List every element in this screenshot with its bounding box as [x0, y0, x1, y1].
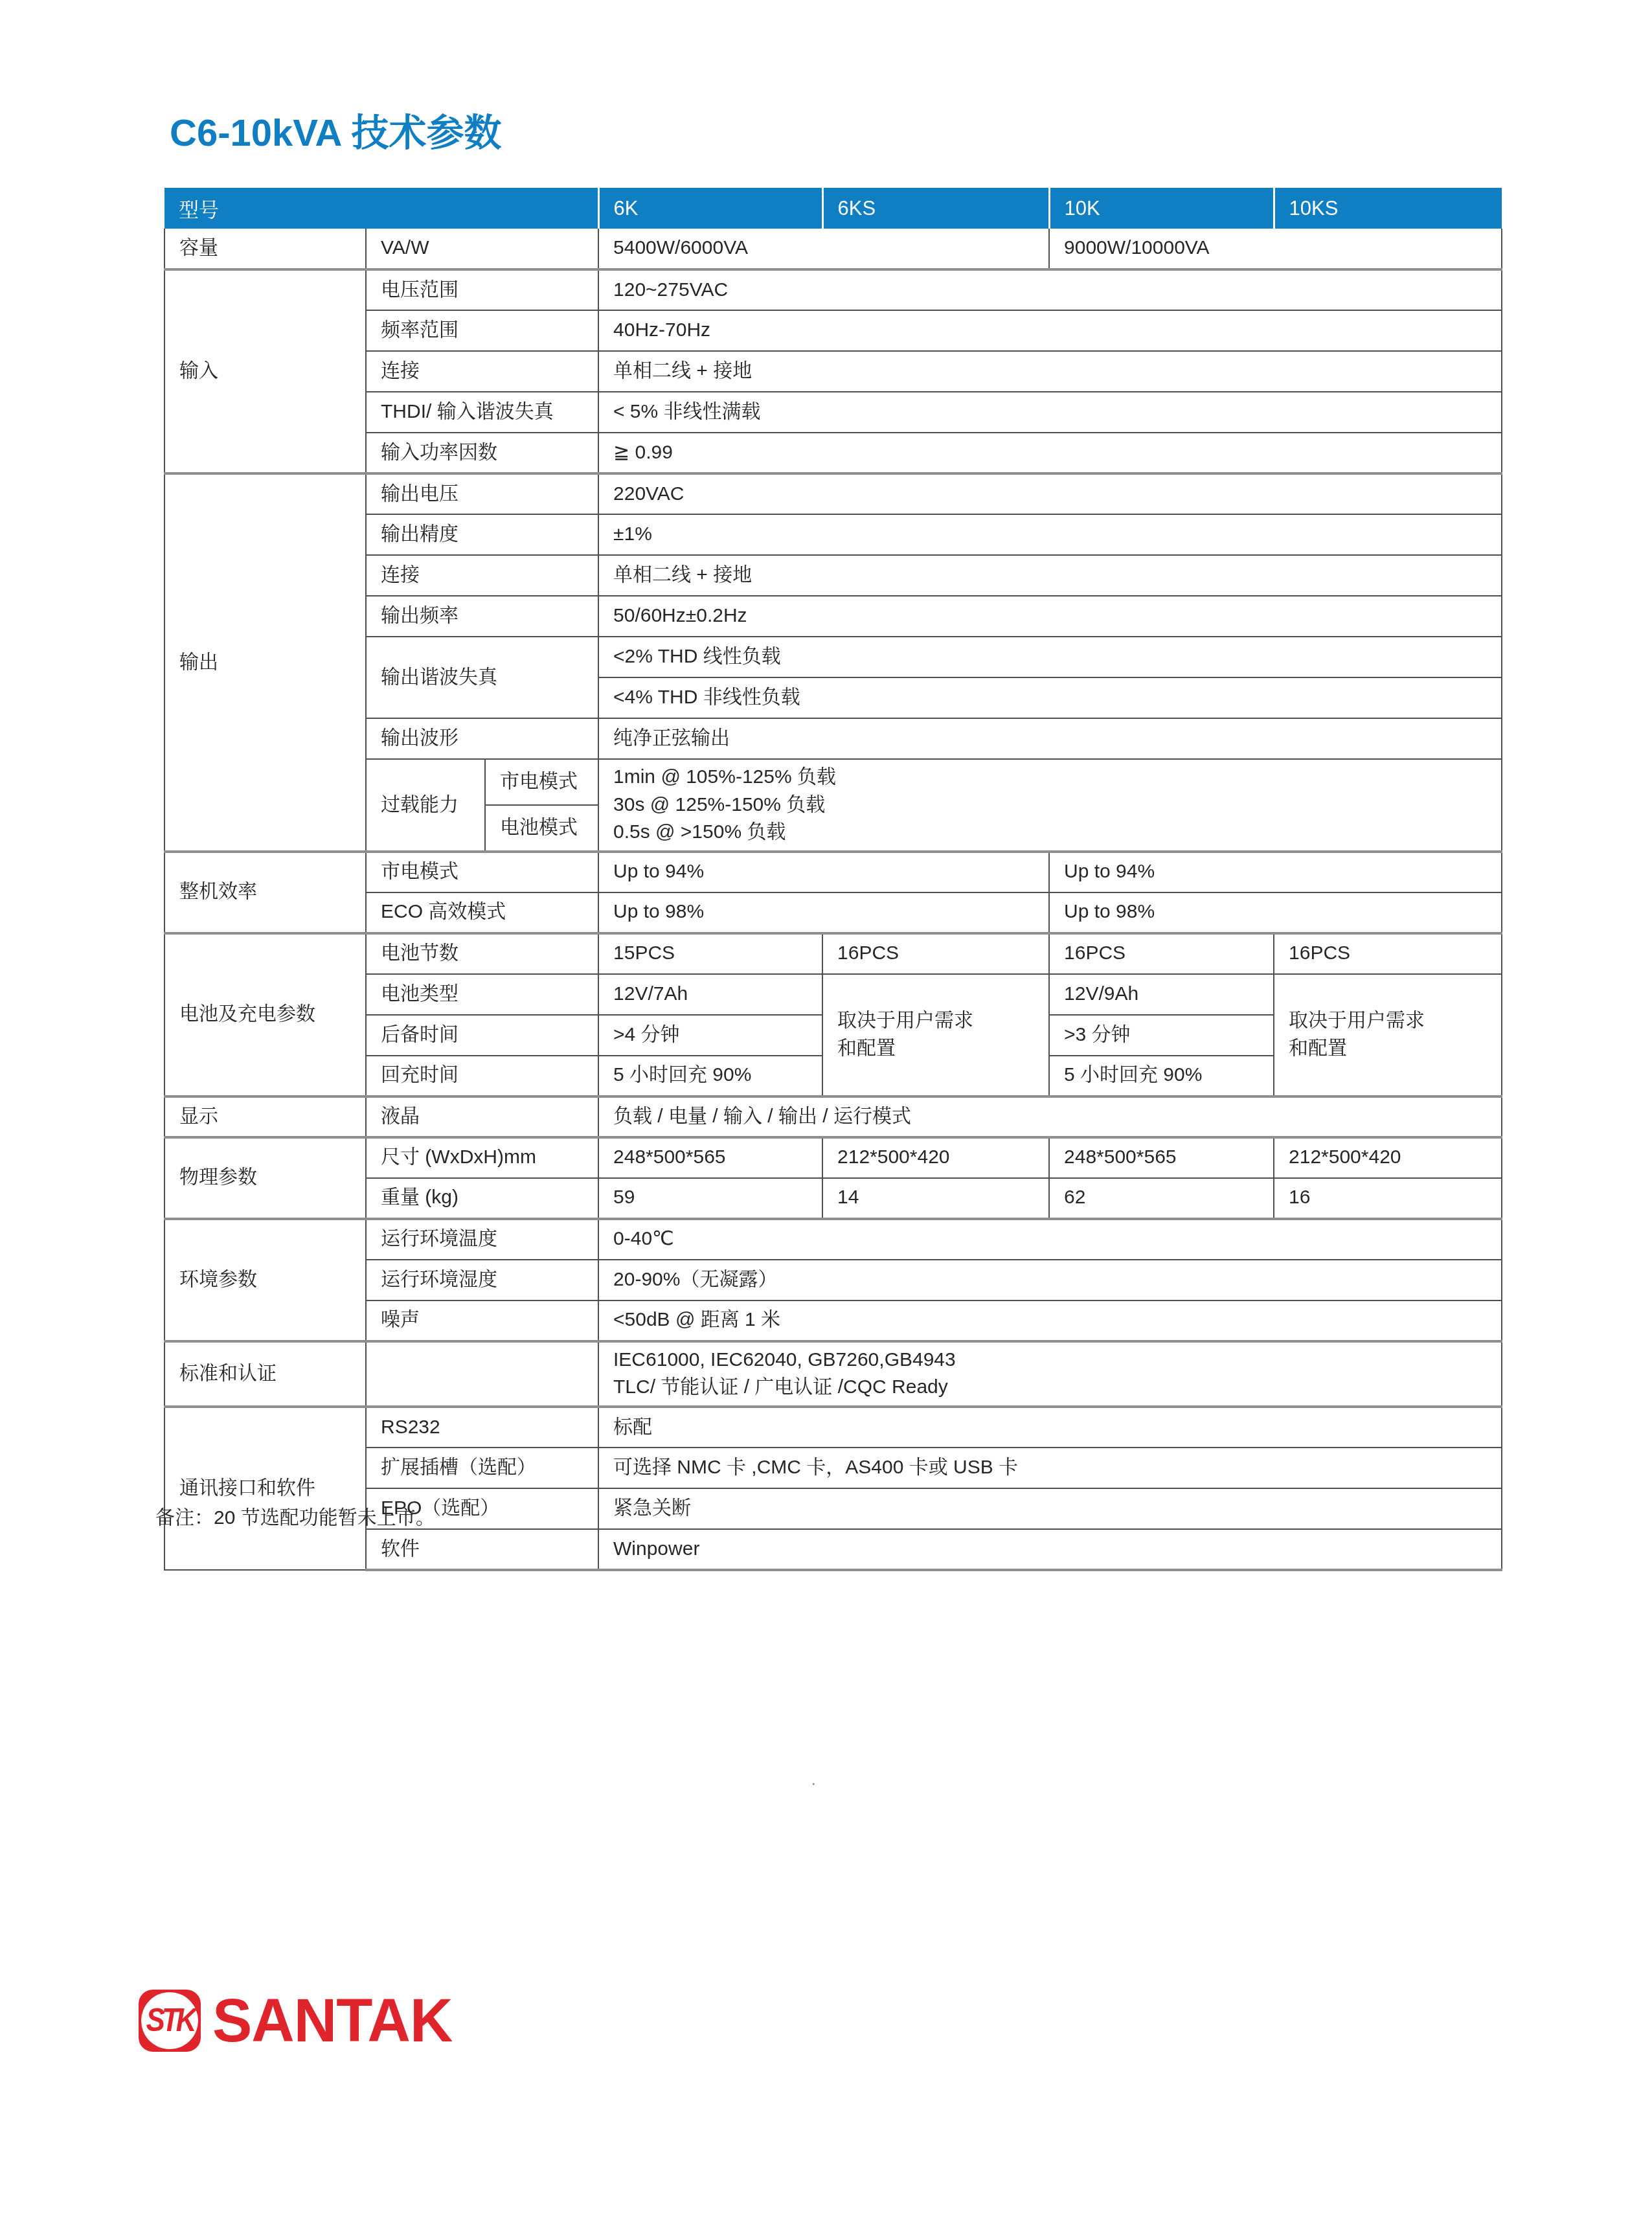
table-header-row: 型号 6K 6KS 10K 10KS: [164, 188, 1502, 229]
param-slot: 扩展插槽（选配）: [366, 1448, 598, 1488]
value-capacity-6k: 5400W/6000VA: [598, 229, 1049, 269]
depends-line-1: 取决于用户需求: [1289, 1007, 1493, 1035]
brand-wordmark: SANTAK: [212, 1990, 453, 2051]
value-eff-normal-6k: Up to 94%: [598, 852, 1049, 892]
param-battery-type: 电池类型: [366, 974, 598, 1015]
value-output-precision: ±1%: [598, 514, 1502, 555]
param-rs232: RS232: [366, 1407, 598, 1448]
value-type-6k: 12V/7Ah: [598, 974, 822, 1015]
param-output-freq: 输出频率: [366, 596, 598, 637]
depends-line-1: 取决于用户需求: [837, 1007, 1041, 1035]
value-depends-10ks: 取决于用户需求 和配置: [1274, 974, 1502, 1096]
value-input-pf: ≧ 0.99: [598, 433, 1502, 473]
param-size: 尺寸 (WxDxH)mm: [366, 1137, 598, 1178]
value-rs232: 标配: [598, 1407, 1502, 1448]
param-input-freq: 频率范围: [366, 310, 598, 351]
section-standards: 标准和认证: [164, 1341, 366, 1407]
value-weight-10k: 62: [1049, 1178, 1274, 1219]
value-epo: 紧急关断: [598, 1488, 1502, 1529]
param-input-thdi: THDI/ 输入谐波失真: [366, 392, 598, 433]
value-recharge-6k: 5 小时回充 90%: [598, 1056, 822, 1096]
param-battery-pcs: 电池节数: [366, 933, 598, 974]
param-output-thd: 输出谐波失真: [366, 637, 598, 718]
param-eff-eco: ECO 高效模式: [366, 892, 598, 933]
value-standards: IEC61000, IEC62040, GB7260,GB4943 TLC/ 节…: [598, 1341, 1502, 1407]
header-6ks: 6KS: [822, 188, 1049, 229]
param-input-pf: 输入功率因数: [366, 433, 598, 473]
param-eff-normal: 市电模式: [366, 852, 598, 892]
param-output-wave: 输出波形: [366, 718, 598, 759]
value-display: 负载 / 电量 / 输入 / 输出 / 运行模式: [598, 1096, 1502, 1137]
table-row: 整机效率 市电模式 Up to 94% Up to 94%: [164, 852, 1502, 892]
value-env-noise: <50dB @ 距离 1 米: [598, 1300, 1502, 1341]
overload-line-2: 30s @ 125%-150% 负载: [613, 791, 1493, 819]
footnote: 备注：20 节选配功能暂未上市。: [155, 1501, 435, 1530]
param-vaw: VA/W: [366, 229, 598, 269]
value-weight-6ks: 14: [822, 1178, 1049, 1219]
header-10ks: 10KS: [1274, 188, 1502, 229]
value-pcs-10k: 16PCS: [1049, 933, 1274, 974]
depends-line-2: 和配置: [1289, 1035, 1493, 1063]
value-recharge-10k: 5 小时回充 90%: [1049, 1056, 1274, 1096]
depends-line-2: 和配置: [837, 1035, 1041, 1063]
value-size-10ks: 212*500*420: [1274, 1137, 1502, 1178]
section-display: 显示: [164, 1096, 366, 1137]
value-backup-6k: >4 分钟: [598, 1015, 822, 1056]
value-input-conn: 单相二线 + 接地: [598, 351, 1502, 392]
header-model: 型号: [164, 188, 598, 229]
section-input: 输入: [164, 269, 366, 473]
value-depends-6ks: 取决于用户需求 和配置: [822, 974, 1049, 1096]
value-pcs-6k: 15PCS: [598, 933, 822, 974]
spec-sheet-page: C6-10kVA 技术参数 型号 6K 6KS 10K 10KS 容量 VA/W…: [0, 0, 1652, 2226]
param-battery-backup: 后备时间: [366, 1015, 598, 1056]
section-output: 输出: [164, 473, 366, 852]
logo-stk-text: STK: [146, 2002, 194, 2039]
value-env-humidity: 20-90%（无凝露）: [598, 1260, 1502, 1300]
table-row: 标准和认证 IEC61000, IEC62040, GB7260,GB4943 …: [164, 1341, 1502, 1407]
value-size-6ks: 212*500*420: [822, 1137, 1049, 1178]
param-battery-recharge: 回充时间: [366, 1056, 598, 1096]
section-capacity: 容量: [164, 229, 366, 269]
page-title: C6-10kVA 技术参数: [170, 102, 501, 157]
value-slot: 可选择 NMC 卡 ,CMC 卡，AS400 卡或 USB 卡: [598, 1448, 1502, 1488]
param-env-temp: 运行环境温度: [366, 1219, 598, 1260]
standards-line-1: IEC61000, IEC62040, GB7260,GB4943: [613, 1346, 1493, 1374]
value-capacity-10k: 9000W/10000VA: [1049, 229, 1502, 269]
value-backup-10k: >3 分钟: [1049, 1015, 1274, 1056]
header-10k: 10K: [1049, 188, 1274, 229]
param-input-voltage: 电压范围: [366, 269, 598, 310]
value-weight-10ks: 16: [1274, 1178, 1502, 1219]
value-pcs-6ks: 16PCS: [822, 933, 1049, 974]
param-output-precision: 输出精度: [366, 514, 598, 555]
value-output-voltage: 220VAC: [598, 473, 1502, 514]
section-battery: 电池及充电参数: [164, 933, 366, 1096]
value-weight-6k: 59: [598, 1178, 822, 1219]
value-input-freq: 40Hz-70Hz: [598, 310, 1502, 351]
overload-line-1: 1min @ 105%-125% 负载: [613, 764, 1493, 791]
santak-logo-icon: STK: [139, 1990, 201, 2052]
value-output-thd-linear: <2% THD 线性负载: [598, 637, 1502, 677]
overload-line-3: 0.5s @ >150% 负载: [613, 819, 1493, 846]
value-type-10k: 12V/9Ah: [1049, 974, 1274, 1015]
section-efficiency: 整机效率: [164, 852, 366, 933]
table-row: 容量 VA/W 5400W/6000VA 9000W/10000VA: [164, 229, 1502, 269]
param-display-lcd: 液晶: [366, 1096, 598, 1137]
param-weight: 重量 (kg): [366, 1178, 598, 1219]
cell-standards-empty: [366, 1341, 598, 1407]
value-output-conn: 单相二线 + 接地: [598, 555, 1502, 596]
table-row: 物理参数 尺寸 (WxDxH)mm 248*500*565 212*500*42…: [164, 1137, 1502, 1178]
value-size-10k: 248*500*565: [1049, 1137, 1274, 1178]
value-output-thd-nonlinear: <4% THD 非线性负载: [598, 677, 1502, 718]
value-eff-normal-10k: Up to 94%: [1049, 852, 1502, 892]
param-overload: 过载能力: [366, 759, 485, 852]
table-row: 显示 液晶 负载 / 电量 / 输入 / 输出 / 运行模式: [164, 1096, 1502, 1137]
param-software: 软件: [366, 1529, 598, 1570]
value-eff-eco-6k: Up to 98%: [598, 892, 1049, 933]
value-overload: 1min @ 105%-125% 负载 30s @ 125%-150% 负载 0…: [598, 759, 1502, 852]
logo-circle: STK: [141, 1992, 198, 2049]
param-env-humidity: 运行环境湿度: [366, 1260, 598, 1300]
value-size-6k: 248*500*565: [598, 1137, 822, 1178]
spec-table: 型号 6K 6KS 10K 10KS 容量 VA/W 5400W/6000VA …: [164, 188, 1502, 1571]
table-row: 输出 输出电压 220VAC: [164, 473, 1502, 514]
value-software: Winpower: [598, 1529, 1502, 1570]
santak-logo: STK SANTAK: [139, 1990, 453, 2052]
value-env-temp: 0-40℃: [598, 1219, 1502, 1260]
value-pcs-10ks: 16PCS: [1274, 933, 1502, 974]
header-6k: 6K: [598, 188, 822, 229]
standards-line-2: TLC/ 节能认证 / 广电认证 /CQC Ready: [613, 1374, 1493, 1402]
param-overload-mode-utility: 市电模式: [485, 759, 598, 805]
table-row: 环境参数 运行环境温度 0-40℃: [164, 1219, 1502, 1260]
section-environment: 环境参数: [164, 1219, 366, 1341]
value-eff-eco-10k: Up to 98%: [1049, 892, 1502, 933]
param-env-noise: 噪声: [366, 1300, 598, 1341]
param-input-conn: 连接: [366, 351, 598, 392]
section-comms: 通讯接口和软件: [164, 1407, 366, 1570]
value-output-freq: 50/60Hz±0.2Hz: [598, 596, 1502, 637]
value-output-wave: 纯净正弦输出: [598, 718, 1502, 759]
section-physical: 物理参数: [164, 1137, 366, 1219]
stray-dot: ·: [811, 1773, 817, 1793]
table-row: 电池及充电参数 电池节数 15PCS 16PCS 16PCS 16PCS: [164, 933, 1502, 974]
param-output-conn: 连接: [366, 555, 598, 596]
table-row: 输入 电压范围 120~275VAC: [164, 269, 1502, 310]
value-input-voltage: 120~275VAC: [598, 269, 1502, 310]
param-overload-mode-battery: 电池模式: [485, 805, 598, 851]
table-row: 通讯接口和软件 RS232 标配: [164, 1407, 1502, 1448]
value-input-thdi: < 5% 非线性满载: [598, 392, 1502, 433]
param-output-voltage: 输出电压: [366, 473, 598, 514]
